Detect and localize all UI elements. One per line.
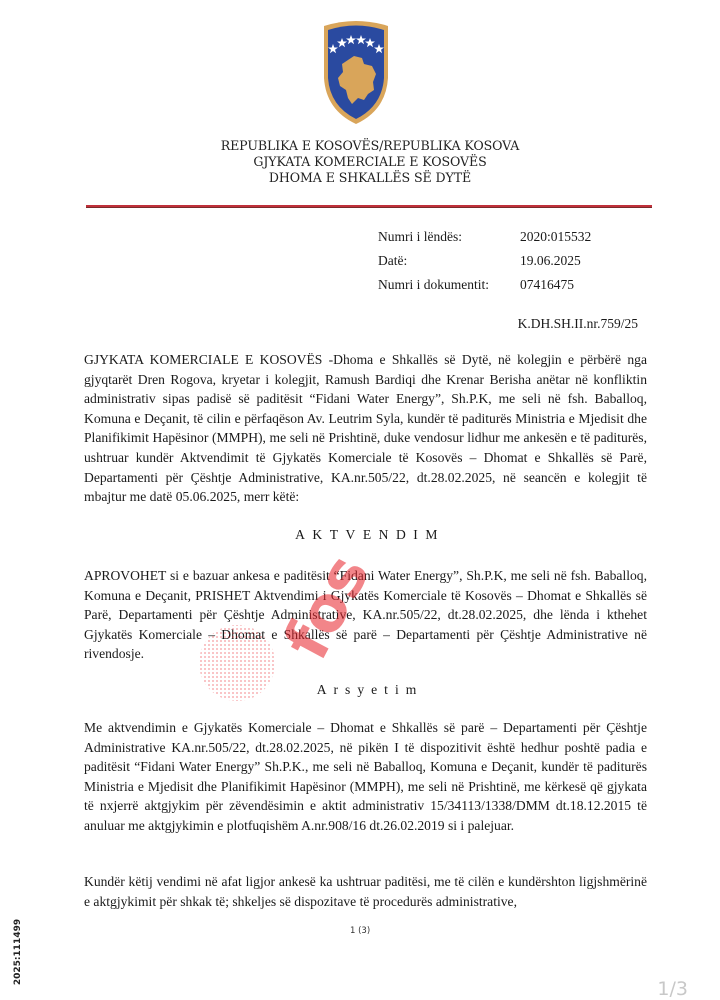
document-page: REPUBLIKA E KOSOVËS/REPUBLIKA KOSOVA GJY… xyxy=(0,0,720,1000)
meta-label: Numri i dokumentit: xyxy=(378,273,520,297)
meta-label: Datë: xyxy=(378,249,520,273)
reasoning-paragraph-1: Me aktvendimin e Gjykatës Komerciale – D… xyxy=(84,718,647,836)
page-footer-number: 1 (3) xyxy=(350,926,370,936)
meta-value: 07416475 xyxy=(520,273,574,297)
header-line-republic: REPUBLIKA E KOSOVËS/REPUBLIKA KOSOVA xyxy=(0,138,720,154)
kosovo-coat-of-arms-icon xyxy=(318,18,394,128)
reasoning-paragraph-2: Kundër këtij vendimi në afat ligjor anke… xyxy=(84,872,647,911)
case-reference: K.DH.SH.II.nr.759/25 xyxy=(518,316,638,332)
header-divider xyxy=(86,205,652,208)
court-header: REPUBLIKA E KOSOVËS/REPUBLIKA KOSOVA GJY… xyxy=(0,138,720,186)
intro-paragraph: GJYKATA KOMERCIALE E KOSOVËS -Dhoma e Sh… xyxy=(84,350,647,507)
decision-heading: AKTVENDIM xyxy=(0,527,720,543)
side-document-code: 2025:111499 xyxy=(13,919,23,985)
viewer-page-indicator: 1/3 xyxy=(657,980,688,999)
meta-value: 2020:015532 xyxy=(520,225,591,249)
meta-row-date: Datë: 19.06.2025 xyxy=(378,249,591,273)
meta-value: 19.06.2025 xyxy=(520,249,581,273)
header-line-court: GJYKATA KOMERCIALE E KOSOVËS xyxy=(0,154,720,170)
decision-paragraph: APROVOHET si e bazuar ankesa e paditësit… xyxy=(84,566,647,664)
meta-label: Numri i lëndës: xyxy=(378,225,520,249)
meta-row-case-number: Numri i lëndës: 2020:015532 xyxy=(378,225,591,249)
reasoning-heading: Arsyetim xyxy=(0,682,720,698)
meta-row-document-number: Numri i dokumentit: 07416475 xyxy=(378,273,591,297)
header-line-chamber: DHOMA E SHKALLËS SË DYTË xyxy=(0,170,720,186)
case-metadata: Numri i lëndës: 2020:015532 Datë: 19.06.… xyxy=(378,225,591,297)
